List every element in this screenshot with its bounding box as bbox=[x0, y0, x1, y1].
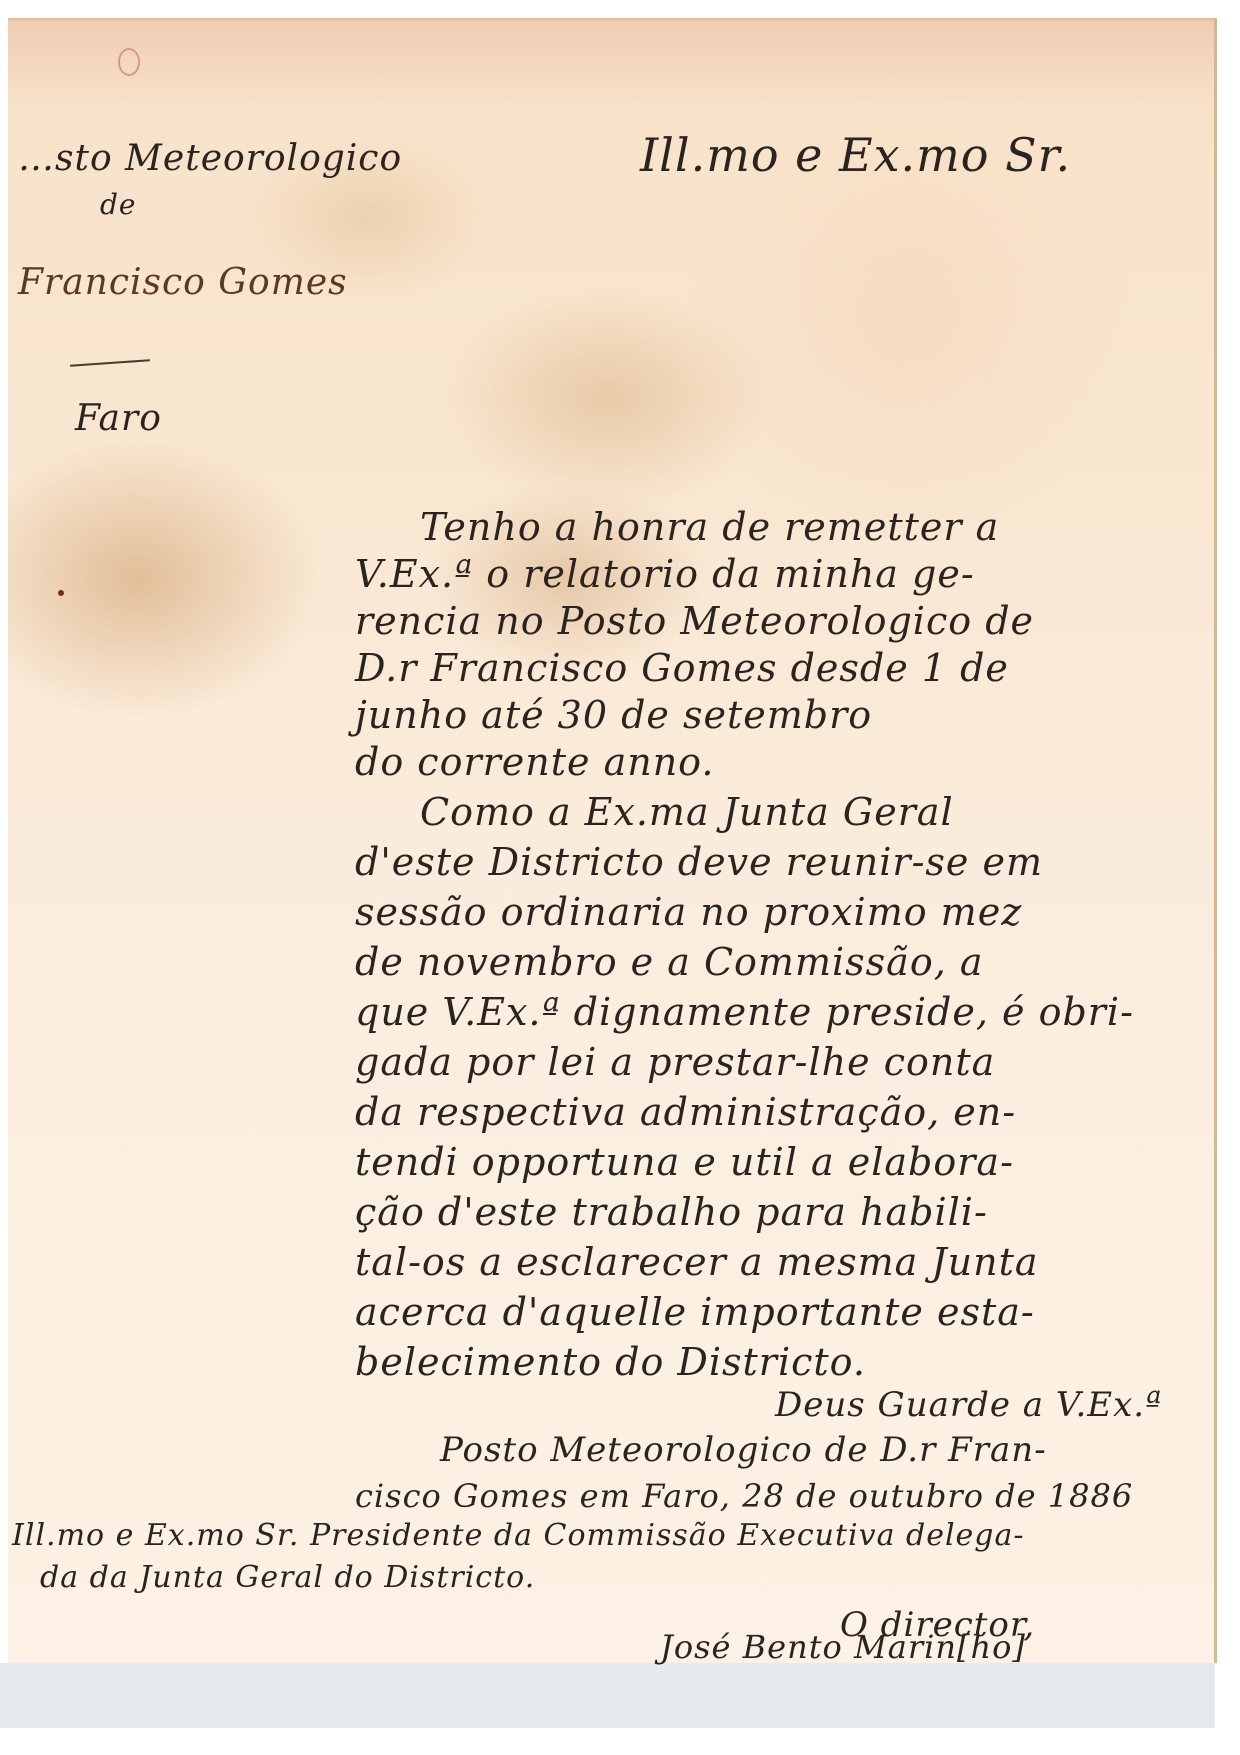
place-date-line-2: cisco Gomes em Faro, 28 de outubro de 18… bbox=[355, 1477, 1133, 1515]
body-line: sessão ordinaria no proximo mez bbox=[355, 890, 1022, 934]
letterhead-line-1: …sto Meteorologico bbox=[18, 138, 402, 179]
body-line: gada por lei a prestar-lhe conta bbox=[355, 1040, 995, 1084]
body-line: junho até 30 de setembro bbox=[355, 693, 872, 737]
body-line: rencia no Posto Meteorologico de bbox=[355, 599, 1034, 643]
body-line: Tenho a honra de remetter a bbox=[420, 505, 999, 549]
addressee-line-1: Ill.mo e Ex.mo Sr. Presidente da Commiss… bbox=[12, 1518, 1025, 1553]
stain-mark bbox=[118, 48, 140, 76]
body-line: acerca d'aquelle importante esta- bbox=[355, 1290, 1035, 1334]
body-line: tendi opportuna e util a elabora- bbox=[355, 1140, 1014, 1184]
body-line: Como a Ex.ma Junta Geral bbox=[420, 790, 954, 834]
addressee-line-2: da da Junta Geral do Districto. bbox=[40, 1560, 535, 1595]
body-line: V.Ex.ª o relatorio da minha ge- bbox=[355, 552, 975, 596]
signature: José Bento Marin[ho] bbox=[660, 1628, 1026, 1666]
letterhead-line-3: Francisco Gomes bbox=[18, 262, 348, 303]
letterhead-line-2: de bbox=[100, 188, 137, 221]
place-date-line-1: Posto Meteorologico de D.r Fran- bbox=[440, 1430, 1047, 1470]
closing: Deus Guarde a V.Ex.ª bbox=[775, 1385, 1162, 1425]
body-line: tal-os a esclarecer a mesma Junta bbox=[355, 1240, 1039, 1284]
salutation: Ill.mo e Ex.mo Sr. bbox=[640, 128, 1071, 182]
body-line: do corrente anno. bbox=[355, 740, 714, 784]
body-line: da respectiva administração, en- bbox=[355, 1090, 1016, 1134]
body-line: ção d'este trabalho para habili- bbox=[355, 1190, 988, 1234]
body-line: D.r Francisco Gomes desde 1 de bbox=[355, 646, 1009, 690]
scanner-background bbox=[0, 1663, 1215, 1728]
body-line: que V.Ex.ª dignamente preside, é obri- bbox=[355, 990, 1134, 1034]
body-line: de novembro e a Commissão, a bbox=[355, 940, 984, 984]
letterhead-line-4: Faro bbox=[75, 398, 162, 439]
body-line: belecimento do Districto. bbox=[355, 1340, 866, 1384]
body-line: d'este Districto deve reunir-se em bbox=[355, 840, 1043, 884]
ink-dot bbox=[58, 590, 64, 596]
